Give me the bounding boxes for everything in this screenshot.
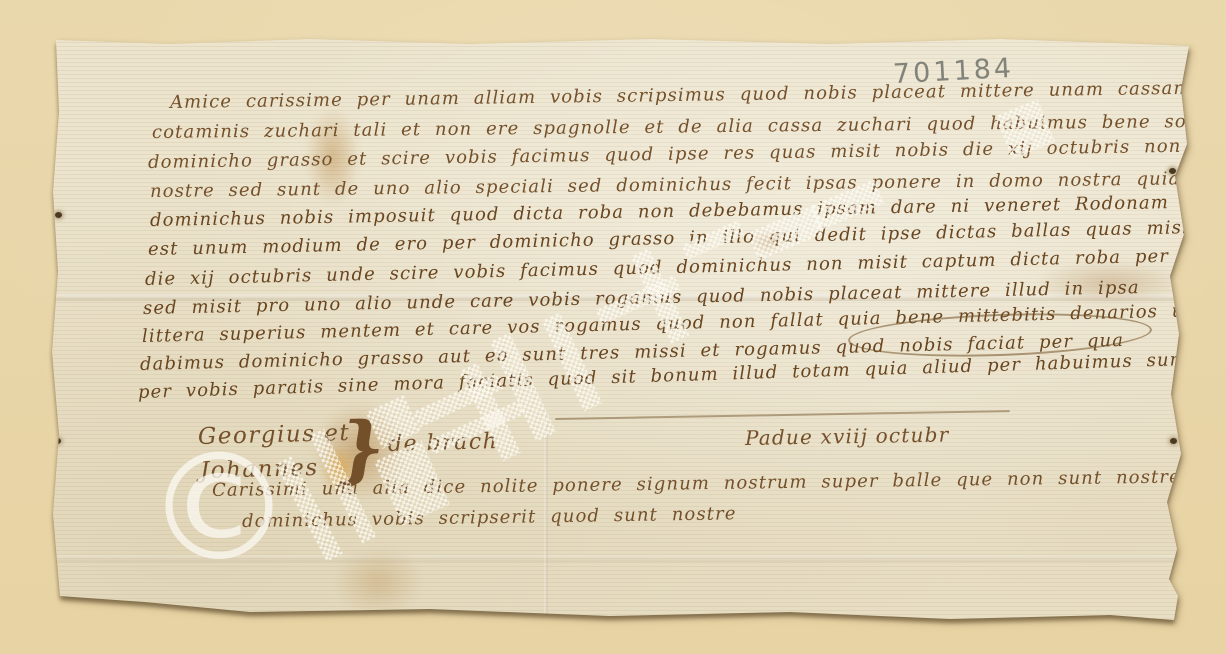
- filing-hole: [1170, 438, 1177, 444]
- manuscript-paper-sheet: 701184 Amice carissime per unam alliam v…: [50, 34, 1195, 626]
- filing-hole: [55, 212, 62, 218]
- paper-shadow: 701184 Amice carissime per unam alliam v…: [0, 0, 1226, 654]
- copyright-watermark-symbol: ©: [145, 434, 293, 582]
- pen-flourish-line: [555, 410, 1010, 420]
- dateline: Padue xviij octubr: [745, 422, 950, 450]
- filing-hole: [54, 438, 61, 444]
- faint-stain: [333, 546, 423, 618]
- scanned-manuscript-view: 701184 Amice carissime per unam alliam v…: [0, 0, 1226, 654]
